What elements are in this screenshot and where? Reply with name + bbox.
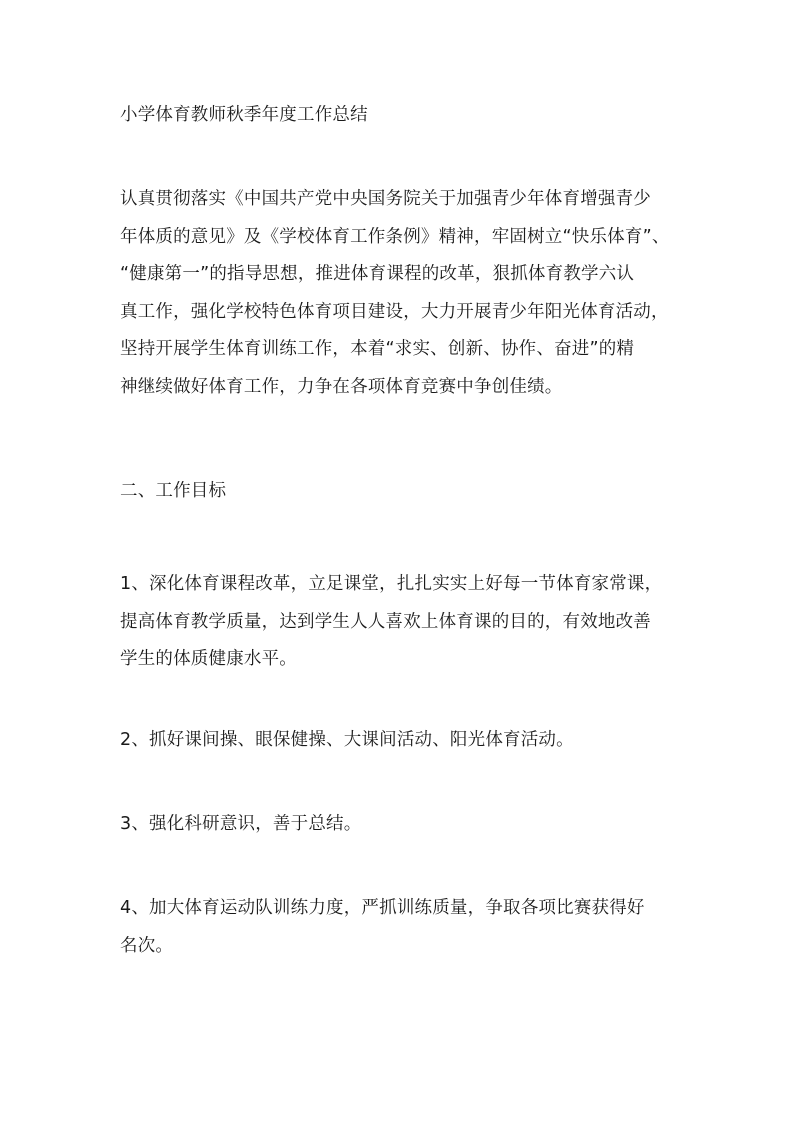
document-title: 小学体育教师秋季年度工作总结 [120, 97, 680, 135]
goal-line: 学生的体质健康水平。 [120, 641, 680, 679]
document-page: 小学体育教师秋季年度工作总结 认真贯彻落实《中国共产党中央国务院关于加强青少年体… [0, 0, 793, 1122]
goal-line: 2、抓好课间操、眼保健操、大课间活动、阳光体育活动。 [120, 722, 680, 760]
goal-line: 3、强化科研意识，善于总结。 [120, 806, 680, 844]
goal-line: 名次。 [120, 928, 680, 966]
intro-line: 年体质的意见》及《学校体育工作条例》精神，牢固树立“快乐体育”、 [120, 219, 680, 257]
goal-line: 提高体育教学质量，达到学生人人喜欢上体育课的目的，有效地改善 [120, 604, 680, 642]
intro-line: 神继续做好体育工作，力争在各项体育竞赛中争创佳绩。 [120, 369, 680, 407]
intro-paragraph: 认真贯彻落实《中国共产党中央国务院关于加强青少年体育增强青少 年体质的意见》及《… [120, 181, 680, 406]
intro-line: 坚持开展学生体育训练工作，本着“求实、创新、协作、奋进”的精 [120, 331, 680, 369]
title-text: 小学体育教师秋季年度工作总结 [120, 97, 680, 135]
section-heading: 二、工作目标 [120, 473, 680, 511]
goal-item-3: 3、强化科研意识，善于总结。 [120, 806, 680, 844]
goal-item-1: 1、深化体育课程改革，立足课堂，扎扎实实上好每一节体育家常课， 提高体育教学质量… [120, 566, 680, 679]
intro-line: 真工作，强化学校特色体育项目建设，大力开展青少年阳光体育活动， [120, 294, 680, 332]
goal-item-2: 2、抓好课间操、眼保健操、大课间活动、阳光体育活动。 [120, 722, 680, 760]
goal-line: 1、深化体育课程改革，立足课堂，扎扎实实上好每一节体育家常课， [120, 566, 680, 604]
section-heading-text: 二、工作目标 [120, 473, 680, 511]
goal-line: 4、加大体育运动队训练力度，严抓训练质量，争取各项比赛获得好 [120, 890, 680, 928]
intro-line: “健康第一”的指导思想，推进体育课程的改革，狠抓体育教学六认 [120, 256, 680, 294]
intro-line: 认真贯彻落实《中国共产党中央国务院关于加强青少年体育增强青少 [120, 181, 680, 219]
goal-item-4: 4、加大体育运动队训练力度，严抓训练质量，争取各项比赛获得好 名次。 [120, 890, 680, 965]
